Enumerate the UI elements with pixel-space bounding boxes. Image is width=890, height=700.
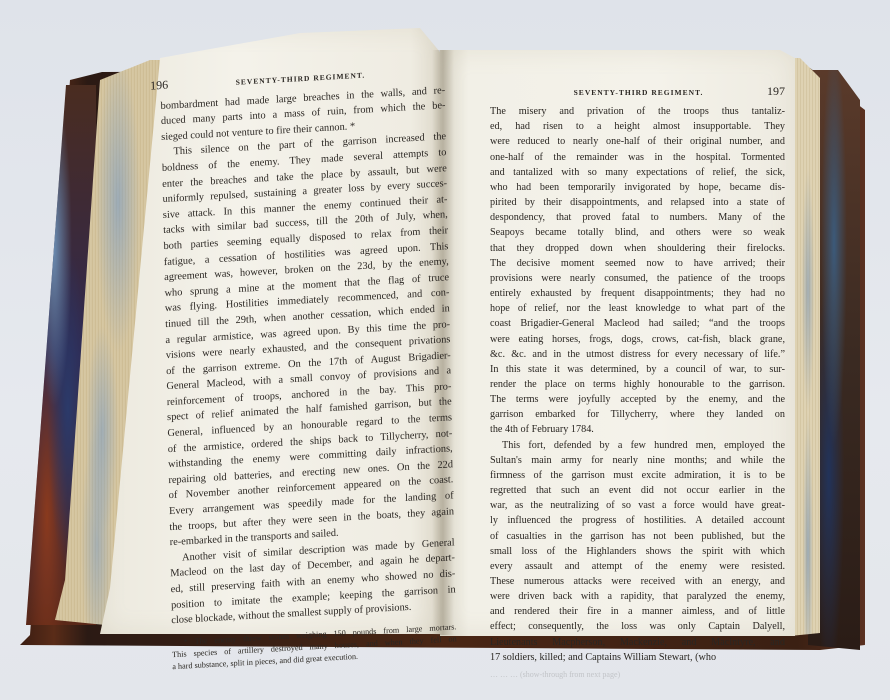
right-running-title: SEVENTY-THIRD REGIMENT.: [574, 85, 704, 100]
text-line: render the place on terms highly honoura…: [490, 377, 785, 392]
text-line: despondency, that proved fatal to number…: [490, 210, 785, 225]
show-through-text: … … … (show-through from next page): [490, 667, 785, 682]
text-line: were reduced to nearly one-half of their…: [490, 134, 785, 149]
right-running-head: SEVENTY-THIRD REGIMENT. 197: [490, 84, 785, 100]
text-line: &c. &c. and in the utmost distress for e…: [490, 347, 785, 362]
text-line: The terms were joyfully accepted by the …: [490, 392, 785, 407]
text-line: firmness of the garrison must excite adm…: [490, 468, 785, 483]
text-line: The decisive moment seemed now to have a…: [490, 256, 785, 271]
text-line: that they dropped down when shouldering …: [490, 241, 785, 256]
text-line: every assault and attempt of the enemy w…: [490, 559, 785, 574]
text-line: one-half of the remainder was in the hos…: [490, 150, 785, 165]
text-line: This fort, defended by a few hundred men…: [490, 438, 785, 453]
paragraph: This fort, defended by a few hundred men…: [490, 438, 785, 665]
text-line: The misery and privation of the troops t…: [490, 104, 785, 119]
text-line: coast Brigadier-General Macleod had sail…: [490, 316, 785, 331]
text-line: regretted that such an event did not occ…: [490, 483, 785, 498]
text-line: small loss of the Highlanders shows the …: [490, 544, 785, 559]
right-page-number: 197: [767, 84, 785, 99]
text-line: the 4th of February 1784.: [490, 422, 785, 437]
text-line: were driven back with a rapidity, that p…: [490, 589, 785, 604]
text-line: Seapoys became totally blind, and others…: [490, 225, 785, 240]
text-line: war, as the neutralizing of so vast a fo…: [490, 498, 785, 513]
text-line: and tantalized with so many expectations…: [490, 165, 785, 180]
paragraph: This silence on the part of the garrison…: [161, 129, 454, 551]
text-line: effect; consequently, the loss was only …: [490, 619, 785, 634]
text-line: provisions were nearly consumed, the pat…: [490, 271, 785, 286]
text-line: pirited by their disappointments, and re…: [490, 195, 785, 210]
text-line: who had been temporarily invigorated by …: [490, 180, 785, 195]
text-line: ed, had risen to a height almost insuppo…: [490, 119, 785, 134]
paragraph: Another visit of similar description was…: [170, 535, 456, 629]
text-line: garrison embarked for Tillycherry, where…: [490, 407, 785, 422]
text-line: These numerous attacks were received wit…: [490, 574, 785, 589]
text-line: Sultan's main army for nearly nine month…: [490, 453, 785, 468]
text-line: 17 soldiers, killed; and Captains Willia…: [490, 650, 785, 665]
paragraph: The misery and privation of the troops t…: [490, 104, 785, 437]
left-page-number: 196: [150, 78, 168, 95]
right-page-text: SEVENTY-THIRD REGIMENT. 197 The misery a…: [490, 84, 785, 682]
left-page-text: 196 SEVENTY-THIRD REGIMENT. bombardment …: [160, 62, 457, 673]
text-line: In this state it was determined, by a co…: [490, 362, 785, 377]
left-body: bombardment had made large breaches in t…: [160, 83, 456, 629]
text-line: hope of relief, nor the least knowledge …: [490, 301, 785, 316]
text-line: entirely exhausted by frequent disappoin…: [490, 286, 785, 301]
text-line: were eating horses, frogs, dogs, crows, …: [490, 332, 785, 347]
right-body: The misery and privation of the troops t…: [490, 104, 785, 665]
text-line: Lieutenants Macpherson, Mackenzie, and M…: [490, 635, 785, 650]
book-photo: 196 SEVENTY-THIRD REGIMENT. bombardment …: [0, 0, 890, 700]
text-line: and rendered their fire in a manner aiml…: [490, 604, 785, 619]
text-line: ly influenced the progress of hostilitie…: [490, 513, 785, 528]
left-footnote: * The enemy threw stones weighing 150 po…: [172, 621, 457, 673]
text-line: of casualties in the garrison has not be…: [490, 529, 785, 544]
